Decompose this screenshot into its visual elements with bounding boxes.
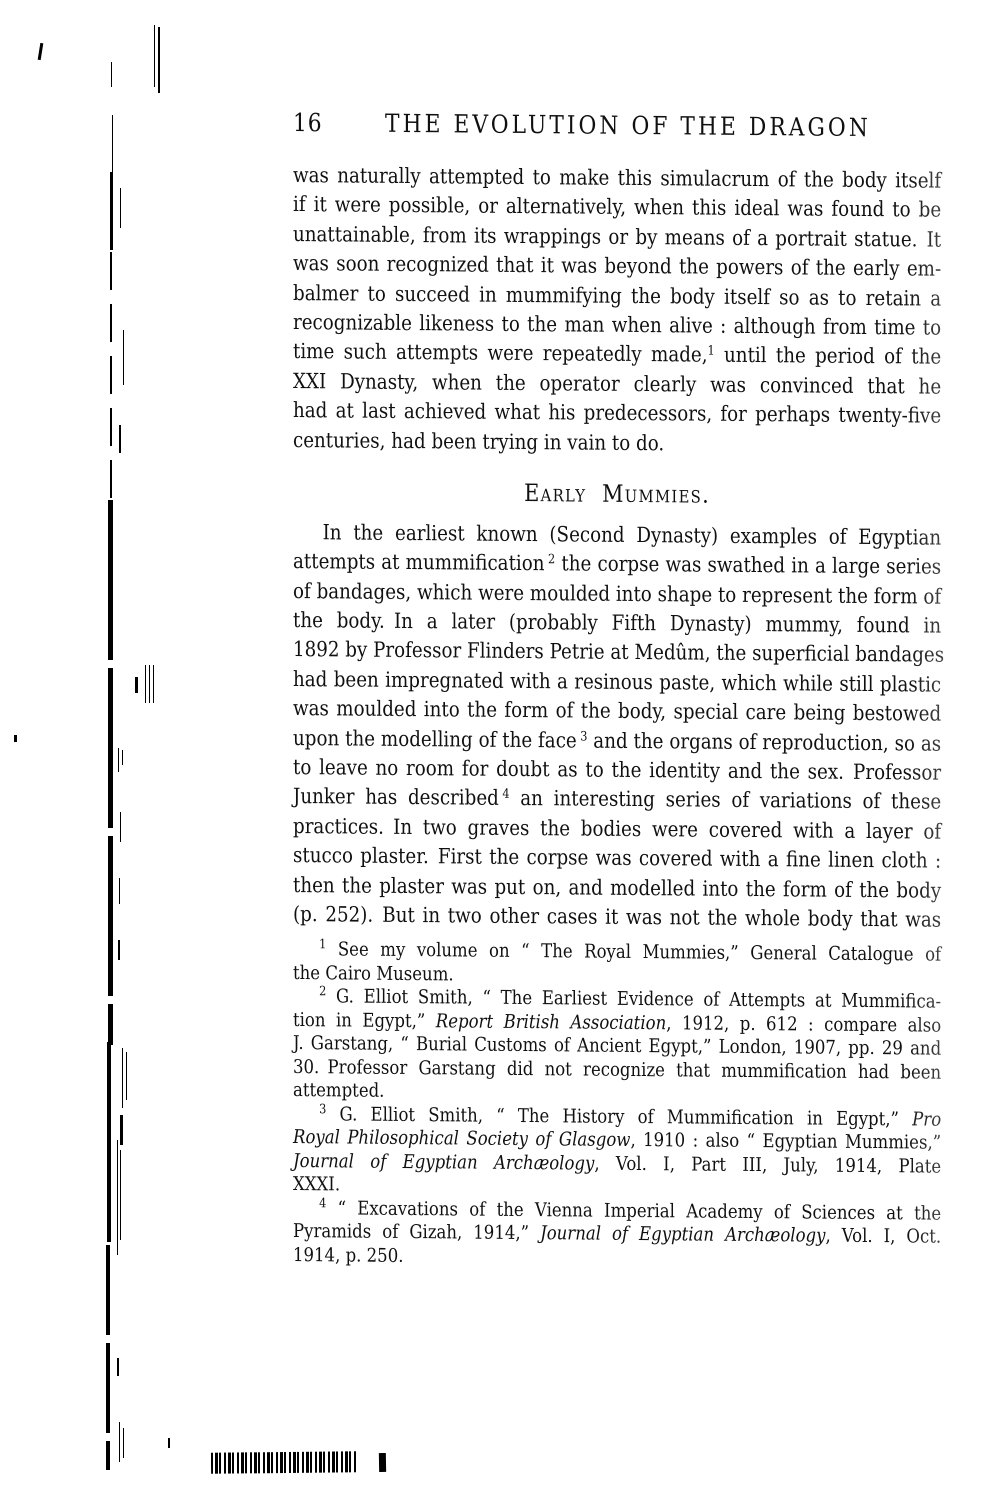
- scan-artifact: [106, 1245, 110, 1470]
- scan-artifact: [14, 735, 17, 742]
- scan-artifact: [110, 172, 113, 250]
- scan-artifact: [119, 1422, 120, 1462]
- scan-artifact: [158, 27, 160, 93]
- running-header: 16 THE EVOLUTION OF THE DRAGON: [293, 108, 941, 150]
- scan-artifact: [120, 1115, 123, 1145]
- footnotes: 1 See my volume on “ The Royal Mummies,”…: [293, 938, 941, 1273]
- scan-artifact: [153, 665, 154, 703]
- scan-artifact: [117, 1140, 118, 1255]
- scan-artifact: [118, 940, 120, 960]
- scan-artifact: [149, 665, 150, 703]
- scan-artifact: [119, 878, 120, 904]
- scan-artifact: [120, 1150, 121, 1240]
- scanned-book-page: 16 THE EVOLUTION OF THE DRAGON was natur…: [0, 0, 994, 1499]
- scan-artifact: [126, 1052, 127, 1100]
- scan-artifact: [135, 677, 138, 693]
- scan-artifact: [123, 1428, 124, 1458]
- scan-artifact: [117, 1358, 119, 1376]
- scan-artifact: [120, 812, 121, 842]
- scan-artifact: [122, 750, 123, 765]
- footnote-ref-4: 4: [502, 787, 509, 802]
- scan-barcode-artifact: [211, 1451, 357, 1474]
- scan-artifact: [110, 252, 112, 502]
- scan-barcode-end-artifact: [379, 1453, 386, 1472]
- scan-artifact: [112, 115, 113, 180]
- scan-artifact: [168, 1438, 170, 1448]
- footnote-ref-1: 1: [708, 344, 715, 359]
- text-block: 16 THE EVOLUTION OF THE DRAGON was natur…: [293, 108, 941, 1273]
- scan-artifact: [38, 43, 44, 60]
- scan-artifact: [123, 330, 124, 385]
- text-line: (p. 252). But in two other cases it was …: [293, 900, 941, 935]
- scan-artifact: [107, 1042, 111, 1242]
- scan-artifact: [111, 62, 112, 87]
- section-heading: Early Mummies.: [293, 476, 941, 513]
- scan-artifact: [119, 425, 121, 453]
- scan-artifact: [120, 188, 121, 228]
- scan-artifact: [145, 665, 146, 703]
- scan-artifact: [108, 500, 113, 1045]
- paragraph-1: was naturally attempted to make this sim…: [293, 161, 941, 461]
- text-line: centuries, had been trying in vain to do…: [293, 426, 941, 461]
- page-number: 16: [293, 108, 322, 137]
- scan-artifact: [122, 1048, 123, 1108]
- paragraph-2: In the earliest known (Second Dynasty) e…: [293, 518, 941, 935]
- scan-artifact: [118, 748, 119, 772]
- page-title: THE EVOLUTION OF THE DRAGON: [385, 109, 871, 142]
- scan-artifact: [154, 25, 155, 87]
